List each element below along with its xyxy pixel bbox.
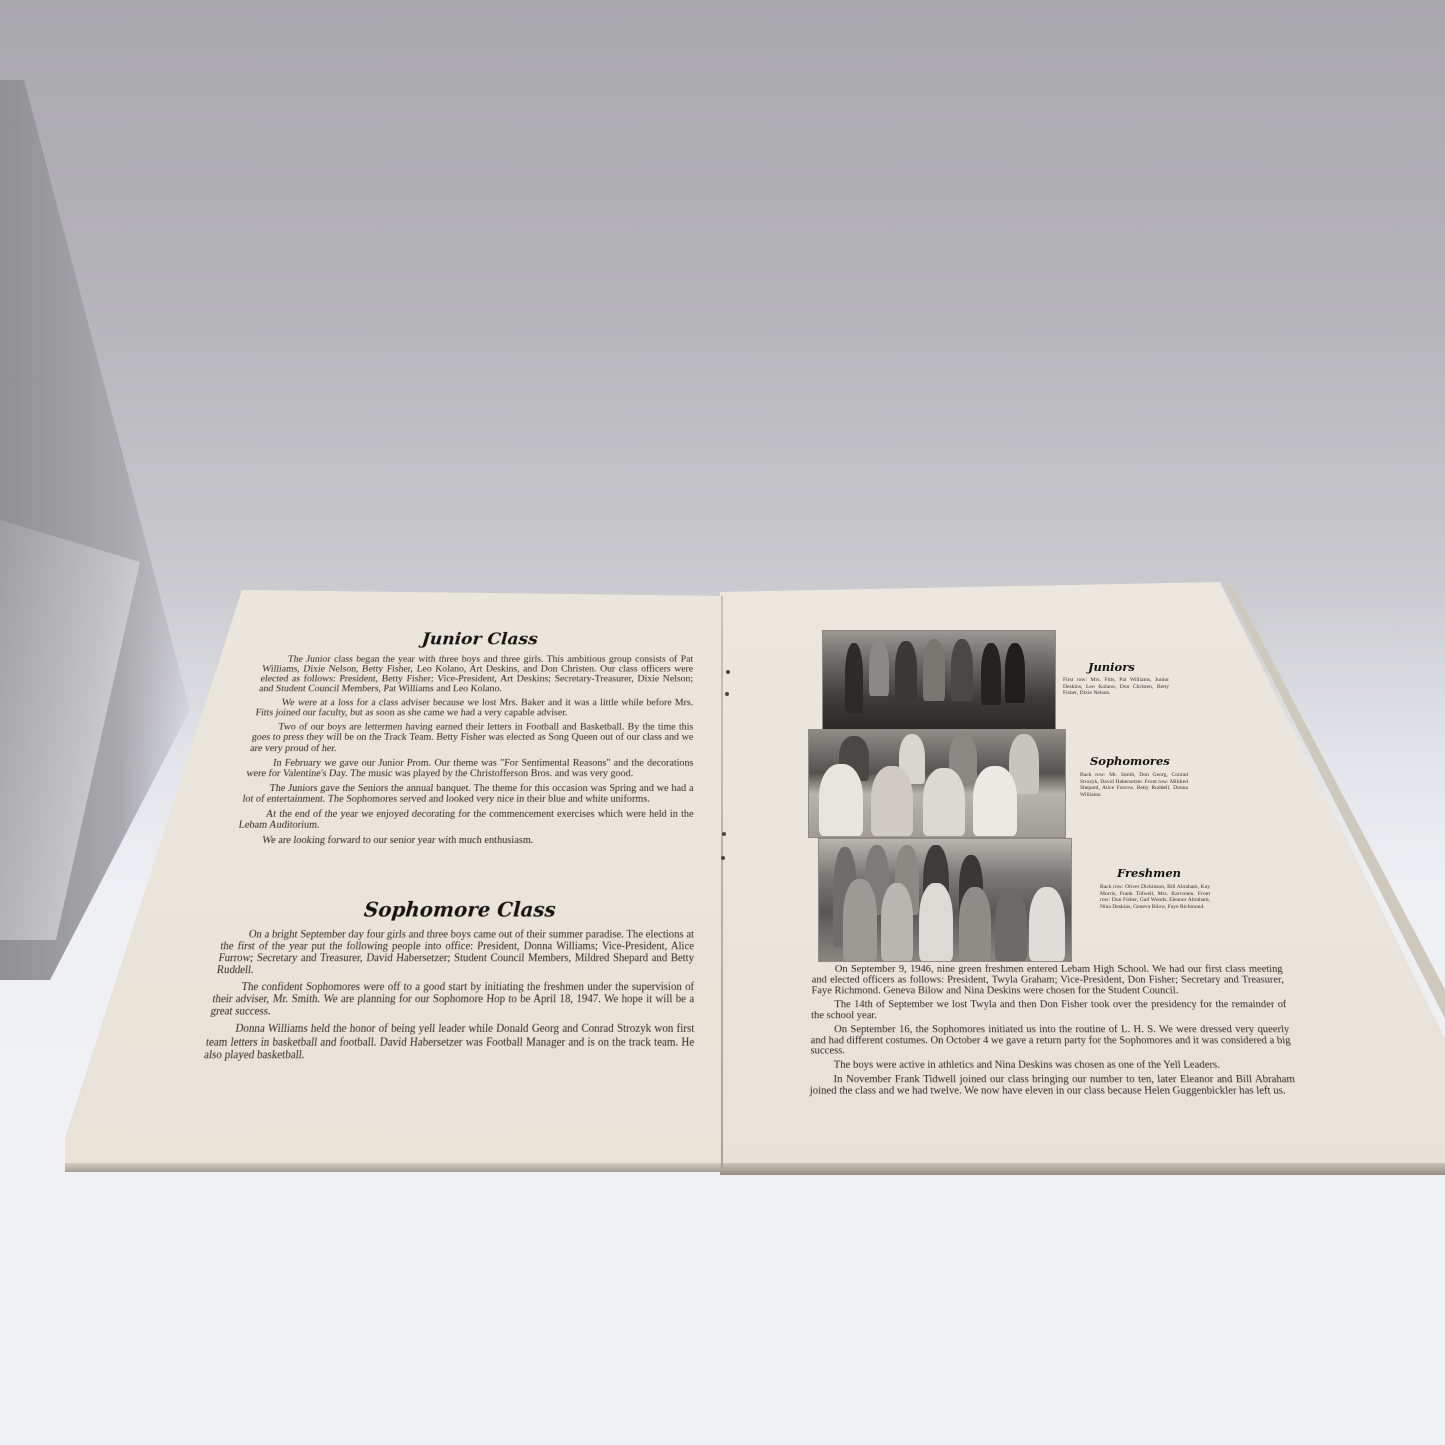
freshmen-photo <box>818 838 1072 962</box>
staple-icon <box>721 856 725 860</box>
left-page-text: Junior Class The Junior class began the … <box>202 630 694 1067</box>
junior-paragraph: We are looking forward to our senior yea… <box>235 835 693 846</box>
juniors-caption-title: Juniors <box>1088 660 1135 674</box>
junior-paragraph: The Juniors gave the Seniors the annual … <box>242 783 694 804</box>
freshmen-caption-title: Freshmen <box>1117 866 1181 880</box>
junior-paragraph: The Junior class began the year with thr… <box>258 655 693 695</box>
freshman-class-text: On September 9, 1946, nine green freshme… <box>810 965 1298 1101</box>
sophomores-photo <box>808 729 1066 838</box>
sophomore-paragraph: Donna Williams held the honor of being y… <box>203 1024 694 1062</box>
book-spine <box>721 596 723 1170</box>
freshman-paragraph: On September 16, the Sophomores initiate… <box>810 1025 1292 1058</box>
sophomores-caption-title: Sophomores <box>1090 754 1170 768</box>
junior-paragraph: We were at a loss for a class adviser be… <box>255 698 694 718</box>
sophomore-paragraph: The confident Sophomores were off to a g… <box>210 982 695 1019</box>
junior-paragraph: Two of our boys are lettermen having ear… <box>249 723 693 754</box>
freshman-paragraph: In November Frank Tidwell joined our cla… <box>810 1075 1297 1098</box>
staple-icon <box>722 832 726 836</box>
sophomore-paragraph: On a bright September day four girls and… <box>216 929 694 977</box>
freshman-paragraph: The 14th of September we lost Twyla and … <box>811 1000 1288 1022</box>
freshmen-caption: Back row: Oliver Dickinson, Bill Abraham… <box>1100 884 1210 911</box>
junior-class-heading: Junior Class <box>265 630 693 649</box>
staple-icon <box>726 670 730 674</box>
juniors-photo <box>822 630 1056 730</box>
junior-paragraph: At the end of the year we enjoyed decora… <box>238 809 694 831</box>
freshman-paragraph: On September 9, 1946, nine green freshme… <box>811 965 1285 997</box>
junior-paragraph: In February we gave our Junior Prom. Our… <box>246 758 694 779</box>
staple-icon <box>725 692 729 696</box>
freshman-paragraph: The boys were active in athletics and Ni… <box>810 1061 1294 1072</box>
right-page-edge <box>720 1163 1445 1175</box>
sophomores-caption: Back row: Mr. Smith, Don Georg, Conrad S… <box>1080 772 1188 799</box>
left-page-edge <box>65 1163 727 1172</box>
sophomore-class-heading: Sophomore Class <box>224 898 694 922</box>
juniors-caption: First row: Mrs. Fitts, Pat Williams, Jun… <box>1063 677 1169 697</box>
